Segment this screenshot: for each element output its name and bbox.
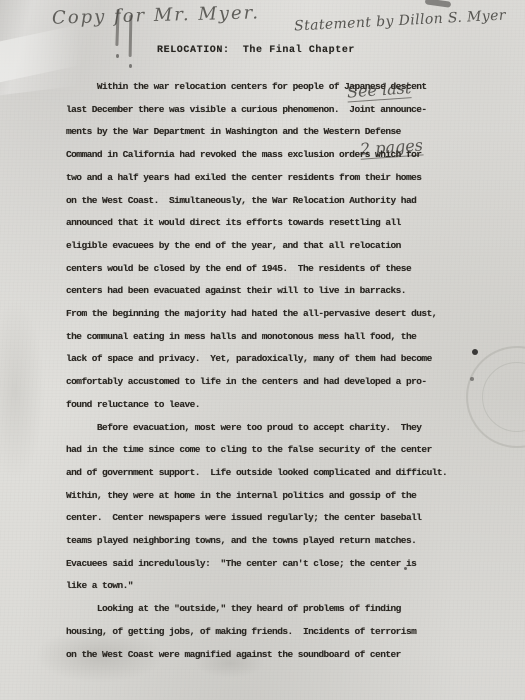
ink-speck bbox=[470, 377, 474, 381]
typed-line: on the West Coast. Simultaneously, the W… bbox=[66, 190, 496, 213]
ink-speck bbox=[472, 349, 478, 355]
typed-line: like a town." bbox=[66, 575, 496, 598]
typed-line: on the West Coast were magnified against… bbox=[66, 644, 496, 667]
typed-line: ments by the War Department in Washingto… bbox=[66, 121, 496, 144]
ink-speck bbox=[404, 567, 407, 570]
typed-line: comfortably accustomed to life in the ce… bbox=[66, 371, 496, 394]
paper-smudge bbox=[0, 300, 45, 480]
document-page: Copy for Mr. Myer. Statement by Dillon S… bbox=[0, 0, 525, 700]
typed-line: Before evacuation, most were too proud t… bbox=[66, 417, 496, 440]
pencil-mark bbox=[129, 15, 132, 57]
typed-line: eligible evacuees by the end of the year… bbox=[66, 235, 496, 258]
document-title: RELOCATION: The Final Chapter bbox=[157, 45, 355, 56]
typed-line: housing, of getting jobs, of making frie… bbox=[66, 621, 496, 644]
typed-line: had in the time since come to cling to t… bbox=[66, 439, 496, 462]
handwritten-copy-note: Copy for Mr. Myer. bbox=[52, 2, 260, 28]
typed-body: Within the war relocation centers for pe… bbox=[66, 76, 496, 666]
typed-line: and of government support. Life outside … bbox=[66, 462, 496, 485]
typed-line: announced that it would direct its effor… bbox=[66, 212, 496, 235]
typed-line: centers had been evacuated against their… bbox=[66, 280, 496, 303]
typed-line: Within, they were at home in the interna… bbox=[66, 485, 496, 508]
typed-line: center. Center newspapers were issued re… bbox=[66, 507, 496, 530]
typed-line: Within the war relocation centers for pe… bbox=[66, 76, 496, 99]
typed-line: two and a half years had exiled the cent… bbox=[66, 167, 496, 190]
ink-smudge bbox=[425, 0, 452, 8]
typed-line: last December there was visible a curiou… bbox=[66, 99, 496, 122]
typed-line: Looking at the "outside," they heard of … bbox=[66, 598, 496, 621]
pencil-dot bbox=[129, 64, 132, 68]
pencil-mark bbox=[115, 9, 119, 46]
typed-line: centers would be closed by the end of 19… bbox=[66, 258, 496, 281]
typed-line: Evacuees said incredulously: "The center… bbox=[66, 553, 496, 576]
typed-line: From the beginning the majority had hate… bbox=[66, 303, 496, 326]
typed-line: lack of space and privacy. Yet, paradoxi… bbox=[66, 348, 496, 371]
typed-line: found reluctance to leave. bbox=[66, 394, 496, 417]
typed-line: the communal eating in mess halls and mo… bbox=[66, 326, 496, 349]
typed-line: Command in California had revoked the ma… bbox=[66, 144, 496, 167]
pencil-dot bbox=[116, 54, 119, 58]
handwritten-statement-note: Statement by Dillon S. Myer bbox=[294, 7, 507, 34]
typed-line: teams played neighboring towns, and the … bbox=[66, 530, 496, 553]
